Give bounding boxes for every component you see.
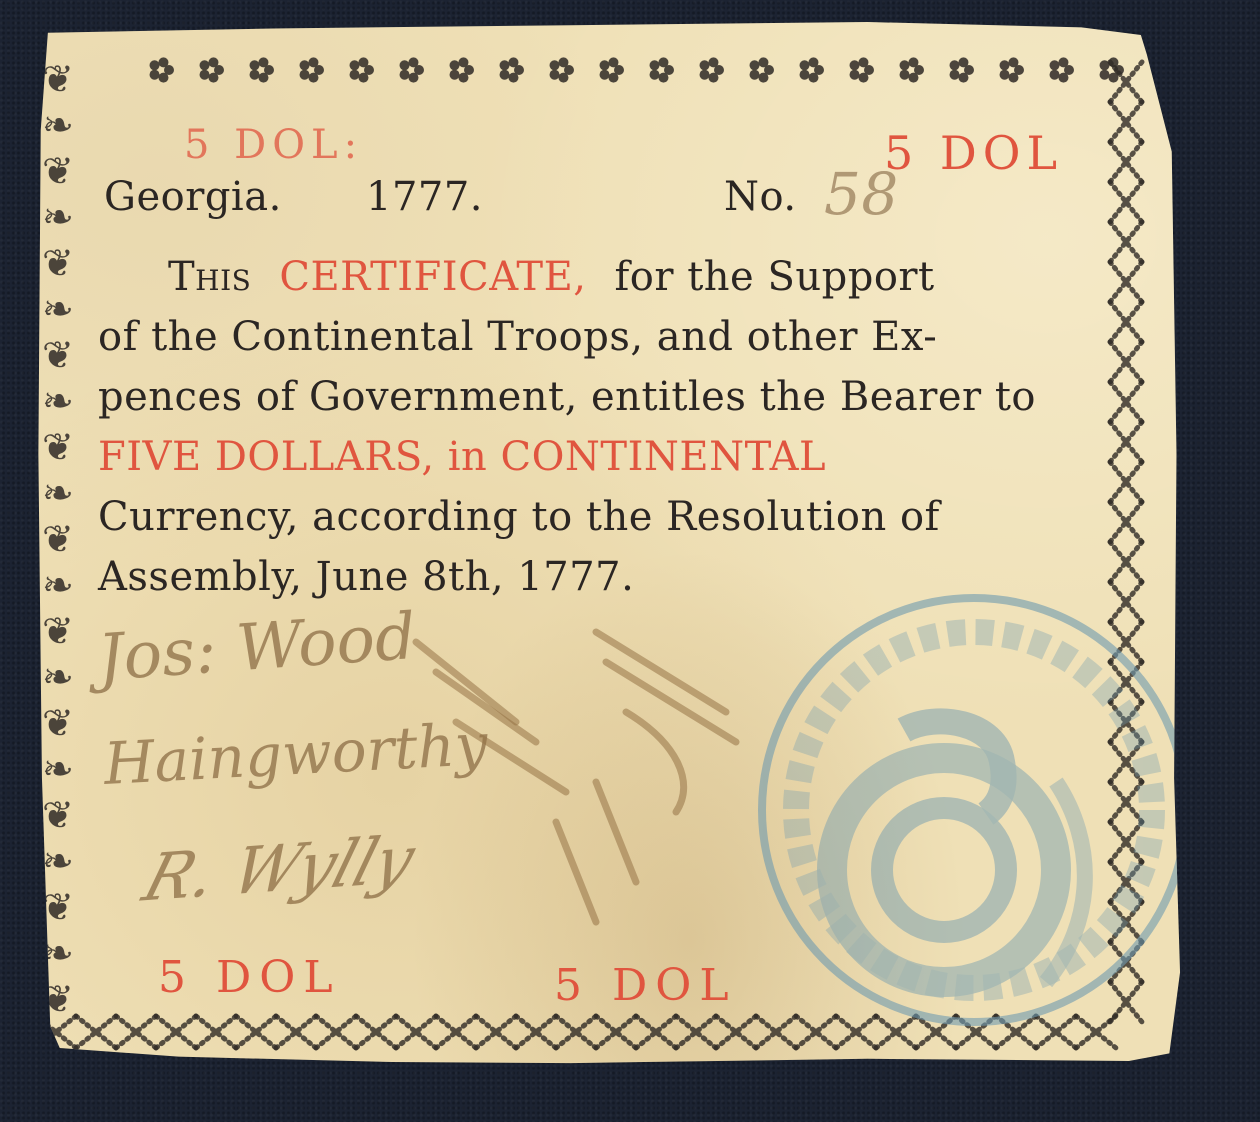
- currency-certificate: ❦❧❦❧❦❧❦❧❦❧❦❧❦❧❦❧❦❧❦❧❦ 5 DOL: 5 DOL 5 DOL…: [36, 22, 1224, 1102]
- ink-pen-strokes: [36, 22, 1224, 1102]
